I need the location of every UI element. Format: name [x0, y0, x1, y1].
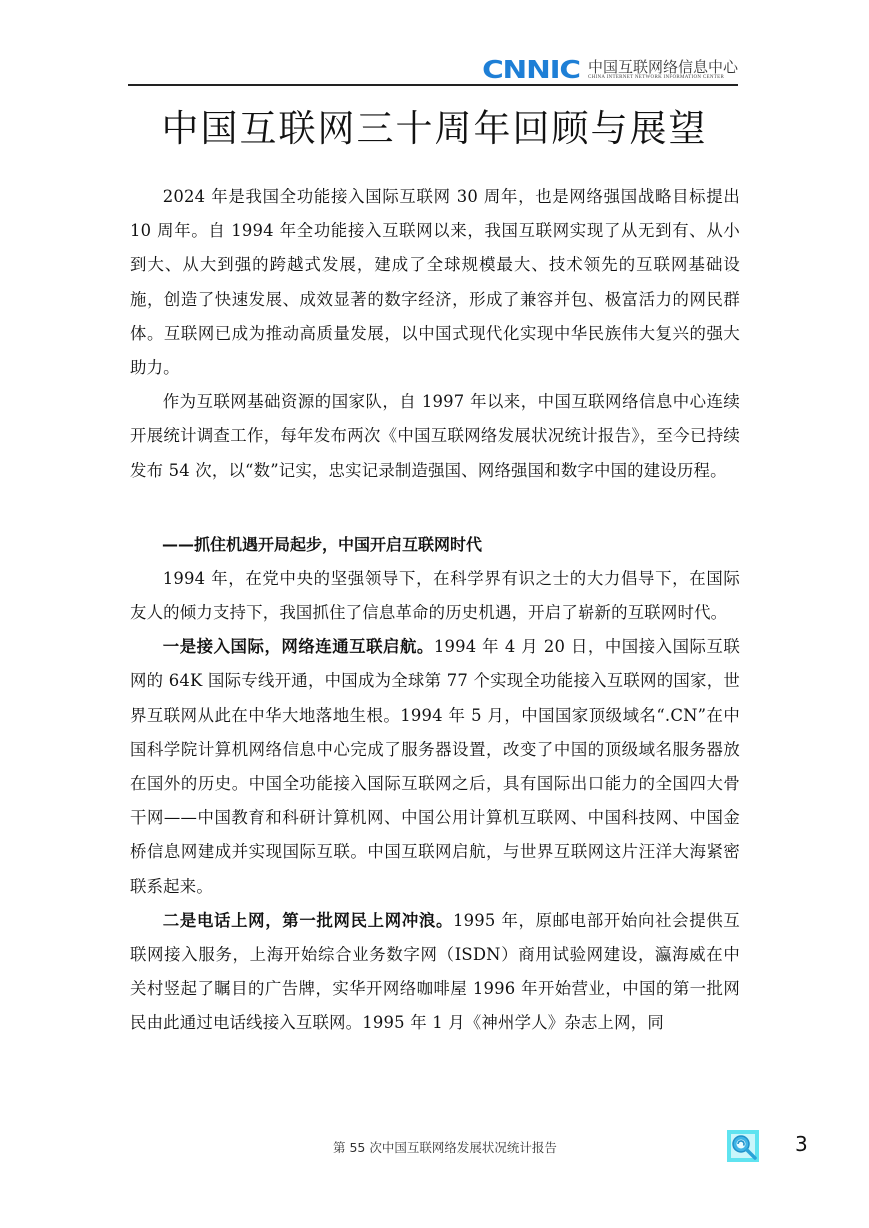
point-1-body: 1994 年 4 月 20 日，中国接入国际互联网的 64K 国际专线开通，中国…	[130, 637, 740, 895]
article-body: 2024 年是我国全功能接入国际互联网 30 周年，也是网络强国战略目标提出 1…	[130, 180, 740, 1041]
point-2-lead: 二是电话上网，第一批网民上网冲浪。	[163, 911, 453, 930]
cnnic-logo: CNNIC 中国互联网络信息中心 CHINA INTERNET NETWORK …	[497, 56, 738, 84]
page-header: CNNIC 中国互联网络信息中心 CHINA INTERNET NETWORK …	[128, 56, 738, 84]
page-number: 3	[795, 1132, 808, 1156]
point-1-lead: 一是接入国际，网络连通互联启航。	[163, 637, 434, 656]
logo-chinese-name: 中国互联网络信息中心	[588, 59, 738, 75]
section-heading: ——抓住机遇开局起步，中国开启互联网时代	[130, 528, 740, 562]
point-2-paragraph: 二是电话上网，第一批网民上网冲浪。1995 年，原邮电部开始向社会提供互联网接入…	[130, 904, 740, 1041]
page-title: 中国互联网三十周年回顾与展望	[0, 103, 869, 155]
header-divider	[128, 84, 738, 86]
intro-paragraph-1: 2024 年是我国全功能接入国际互联网 30 周年，也是网络强国战略目标提出 1…	[130, 180, 740, 385]
logo-english-name: CHINA INTERNET NETWORK INFORMATION CENTE…	[588, 75, 724, 81]
footer-report-name: 第 55 次中国互联网络发展状况统计报告	[333, 1138, 557, 1156]
logo-text: 中国互联网络信息中心 CHINA INTERNET NETWORK INFORM…	[588, 59, 738, 81]
search-magnifier-icon	[727, 1130, 759, 1162]
section-paragraph-1: 1994 年，在党中央的坚强领导下，在科学界有识之士的大力倡导下，在国际友人的倾…	[130, 562, 740, 630]
logo-mark: CNNIC	[482, 57, 580, 83]
page-footer: 第 55 次中国互联网络发展状况统计报告 3	[0, 1130, 869, 1170]
point-1-paragraph: 一是接入国际，网络连通互联启航。1994 年 4 月 20 日，中国接入国际互联…	[130, 630, 740, 904]
intro-paragraph-2: 作为互联网基础资源的国家队，自 1997 年以来，中国互联网络信息中心连续开展统…	[130, 385, 740, 488]
